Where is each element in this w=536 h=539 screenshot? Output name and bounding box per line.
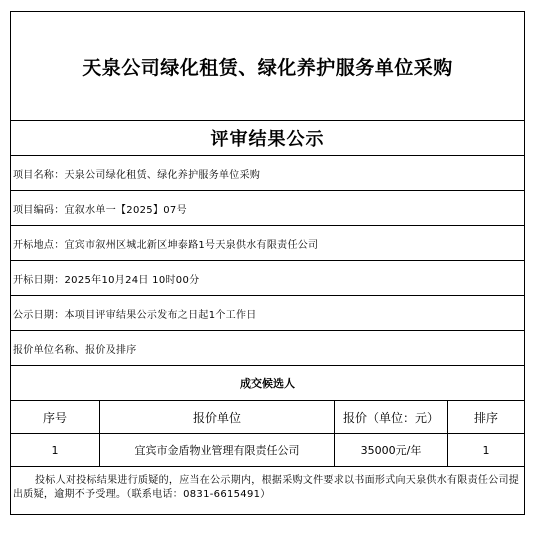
cell-company: 宜宾市金盾物业管理有限责任公司	[100, 434, 335, 466]
document-title: 天泉公司绿化租赁、绿化养护服务单位采购	[11, 12, 524, 121]
bid-location-label: 开标地点：	[13, 236, 65, 251]
bid-location-value: 宜宾市叙州区城北新区坤泰路1号天泉供水有限责任公司	[65, 236, 319, 251]
project-name-row: 项目名称：天泉公司绿化租赁、绿化养护服务单位采购	[11, 156, 524, 191]
bid-date-label: 开标日期：	[13, 271, 65, 286]
cell-index: 1	[11, 434, 100, 466]
cell-rank: 1	[448, 434, 524, 466]
column-header-index: 序号	[11, 401, 100, 433]
bid-date-value: 2025年10月24日 10时00分	[65, 271, 200, 286]
column-header-price: 报价（单位：元）	[335, 401, 448, 433]
column-header-rank: 排序	[448, 401, 524, 433]
note-text: 投标人对投标结果进行质疑的，应当在公示期内，根据采购文件要求以书面形式向天泉供水…	[13, 475, 519, 500]
project-code-row: 项目编码：宜叙水单一【2025】07号	[11, 191, 524, 226]
cell-price: 35000元/年	[335, 434, 448, 466]
publicity-date-row: 公示日期：本项目评审结果公示发布之日起1个工作日	[11, 296, 524, 331]
candidates-heading: 成交候选人	[11, 366, 524, 401]
bid-location-row: 开标地点：宜宾市叙州区城北新区坤泰路1号天泉供水有限责任公司	[11, 226, 524, 261]
publicity-date-label: 公示日期：	[13, 306, 65, 321]
column-header-company: 报价单位	[100, 401, 335, 433]
document-subtitle: 评审结果公示	[11, 121, 524, 156]
project-name-value: 天泉公司绿化租赁、绿化养护服务单位采购	[65, 166, 261, 181]
publicity-date-value: 本项目评审结果公示发布之日起1个工作日	[65, 306, 257, 321]
candidates-header-row: 序号 报价单位 报价（单位：元） 排序	[11, 401, 524, 434]
table-row: 1 宜宾市金盾物业管理有限责任公司 35000元/年 1	[11, 434, 524, 467]
announcement-table: 天泉公司绿化租赁、绿化养护服务单位采购 评审结果公示 项目名称：天泉公司绿化租赁…	[10, 11, 525, 515]
bid-date-row: 开标日期：2025年10月24日 10时00分	[11, 261, 524, 296]
bidder-section-label: 报价单位名称、报价及排序	[11, 331, 524, 366]
project-code-label: 项目编码：	[13, 201, 65, 216]
project-code-value: 宜叙水单一【2025】07号	[65, 201, 187, 216]
objection-note: 投标人对投标结果进行质疑的，应当在公示期内，根据采购文件要求以书面形式向天泉供水…	[11, 467, 524, 514]
project-name-label: 项目名称：	[13, 166, 65, 181]
